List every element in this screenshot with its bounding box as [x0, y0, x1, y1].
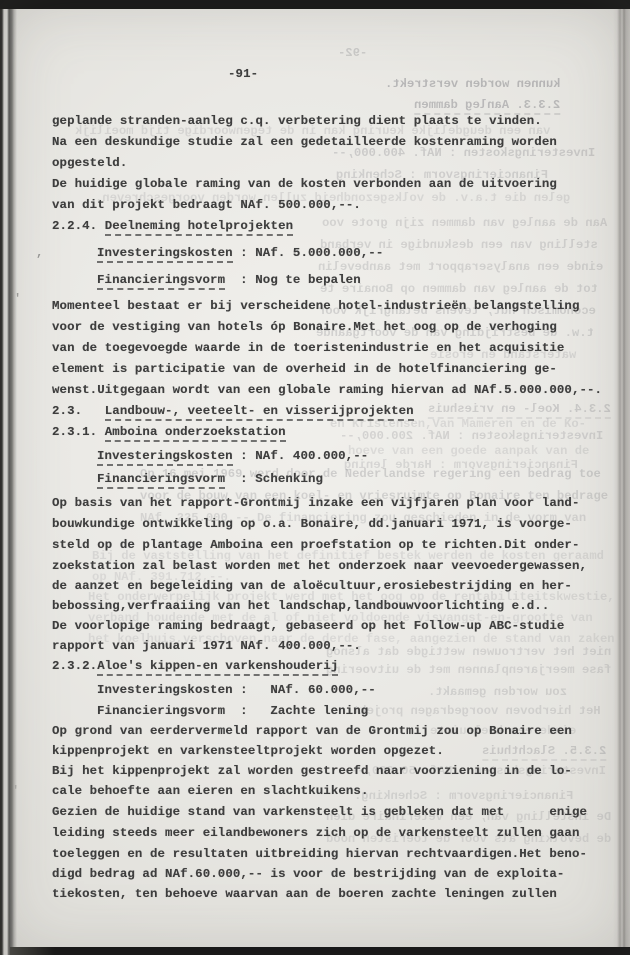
text-line: 2.3. Landbouw-, veeteelt- en visserijpro…: [52, 403, 414, 419]
text-line: opgesteld.: [52, 155, 127, 171]
text-line: Na een deskundige studie zal een gedetai…: [52, 134, 557, 150]
text-line: 2.2.4. Deelneming hotelprojekten: [52, 218, 293, 234]
text-line: steld op de plantage Amboina een proefst…: [52, 537, 580, 553]
text-line: cale behoefte aan eieren en slachtkuiken…: [52, 783, 369, 799]
ghost-line: zou worden gemaakt.: [428, 685, 567, 700]
page-number: -91-: [228, 66, 258, 82]
ghost-line: 2.3.4. Koel- en vrieshuis: [428, 402, 611, 417]
text-line: Op basis van het rapport-Grontmij inzake…: [52, 495, 580, 511]
ghost-line: Aan de aanleg van dammen zijn grote voo: [322, 216, 607, 231]
scanned-document-page: -91- -92-kunnen worden verstrekt.2.3.3. …: [0, 0, 630, 955]
text-line: Investeringskosten : NAf. 60.000,--: [97, 682, 376, 698]
text-line: Financieringsvorm : Zachte lening: [97, 703, 368, 719]
ghost-line: tot de aanleg van dammen op Bonaire te: [320, 282, 598, 297]
text-line: geplande stranden-aanleg c.q. verbeterin…: [52, 113, 542, 129]
ghost-line: Financieringsvorm : Schenking.: [354, 789, 573, 804]
text-line: 2.3.1. Amboina onderzoekstation: [52, 424, 286, 440]
text-line: voor de vestiging van hotels óp Bonaire.…: [52, 319, 557, 335]
ghost-line: -92-: [338, 46, 367, 61]
text-line: Financieringsvorm : Nog te bepalen: [97, 272, 361, 288]
ghost-line: niet het vertrouwen wettigde dat alsnog: [326, 645, 611, 660]
scan-border-left: [0, 8, 17, 955]
text-line: digd bedrag ad NAf.60.000,-- is voor de …: [52, 866, 564, 882]
ghost-line: Het hierboven voorgedragen projekt: [352, 704, 601, 719]
text-line: Bij het kippenprojekt zal worden gestree…: [52, 763, 572, 779]
ghost-line: 2.3.5. Slachthuis: [482, 744, 606, 759]
text-line: bebossing,verfraaiing van het landschap,…: [52, 598, 549, 614]
text-line: Investeringskosten : NAf. 5.000.000,--: [97, 245, 383, 261]
scan-border-bottom: [10, 947, 630, 955]
text-line: Op grond van eerdervermeld rapport van d…: [52, 723, 572, 739]
page-stack-edge-right: [613, 9, 630, 947]
text-line: Momenteel bestaat er bij verscheidene ho…: [52, 298, 580, 314]
text-line: de aanzet en begeleiding van de aloëcult…: [52, 578, 572, 594]
ghost-line: fase meerjarenplannen met de uitvoering: [326, 663, 611, 678]
scan-border-top: [0, 0, 630, 9]
text-line: leiding steeds meer eilandbewoners zich …: [52, 825, 580, 841]
ghost-line: hoeve van een goede aanpak van de: [348, 444, 589, 459]
text-line: kippenprojekt en varkensteeltprojekt wor…: [52, 743, 444, 759]
text-line: bouwkundige ontwikkeling op o.a. Bonaire…: [52, 516, 572, 532]
ink-mark: ,: [36, 246, 43, 260]
text-line: toeleggen en de resultaten uitbreiding h…: [52, 846, 587, 862]
text-line: van de toegevoegde waarde in de toeriste…: [52, 340, 564, 356]
ghost-line: Investeringskosten : NAf. 200.000,--: [340, 429, 603, 444]
text-line: Financieringsvorm : Schenking: [97, 471, 323, 487]
text-line: van dit projekt bedraagt NAf. 500.000,--…: [52, 197, 361, 213]
text-line: Investeringskosten : NAf. 400.000,--: [97, 448, 368, 464]
text-line: Gezien de huidige stand van varkensteelt…: [52, 804, 587, 820]
text-line: De huidige globale raming van de kosten …: [52, 176, 557, 192]
text-line: rapport van januari 1971 NAf. 400.000,--…: [52, 638, 361, 654]
text-line: 2.3.2.Aloe's kippen-en varkenshouderij: [52, 658, 338, 674]
text-line: zoekstation zal belast worden met het on…: [52, 558, 587, 574]
ghost-line: 2.3.3. Aanleg dammen: [414, 98, 560, 113]
text-line: element is participatie van de overheid …: [52, 361, 557, 377]
text-line: wenst.Uitgegaan wordt van een globale ra…: [52, 382, 602, 398]
text-line: tiekosten, ten behoeve waarvan aan de bo…: [52, 886, 557, 902]
text-line: De voorlopige raming bedraagt, gebaseerd…: [52, 618, 564, 634]
ghost-line: kunnen worden verstrekt.: [385, 77, 561, 92]
